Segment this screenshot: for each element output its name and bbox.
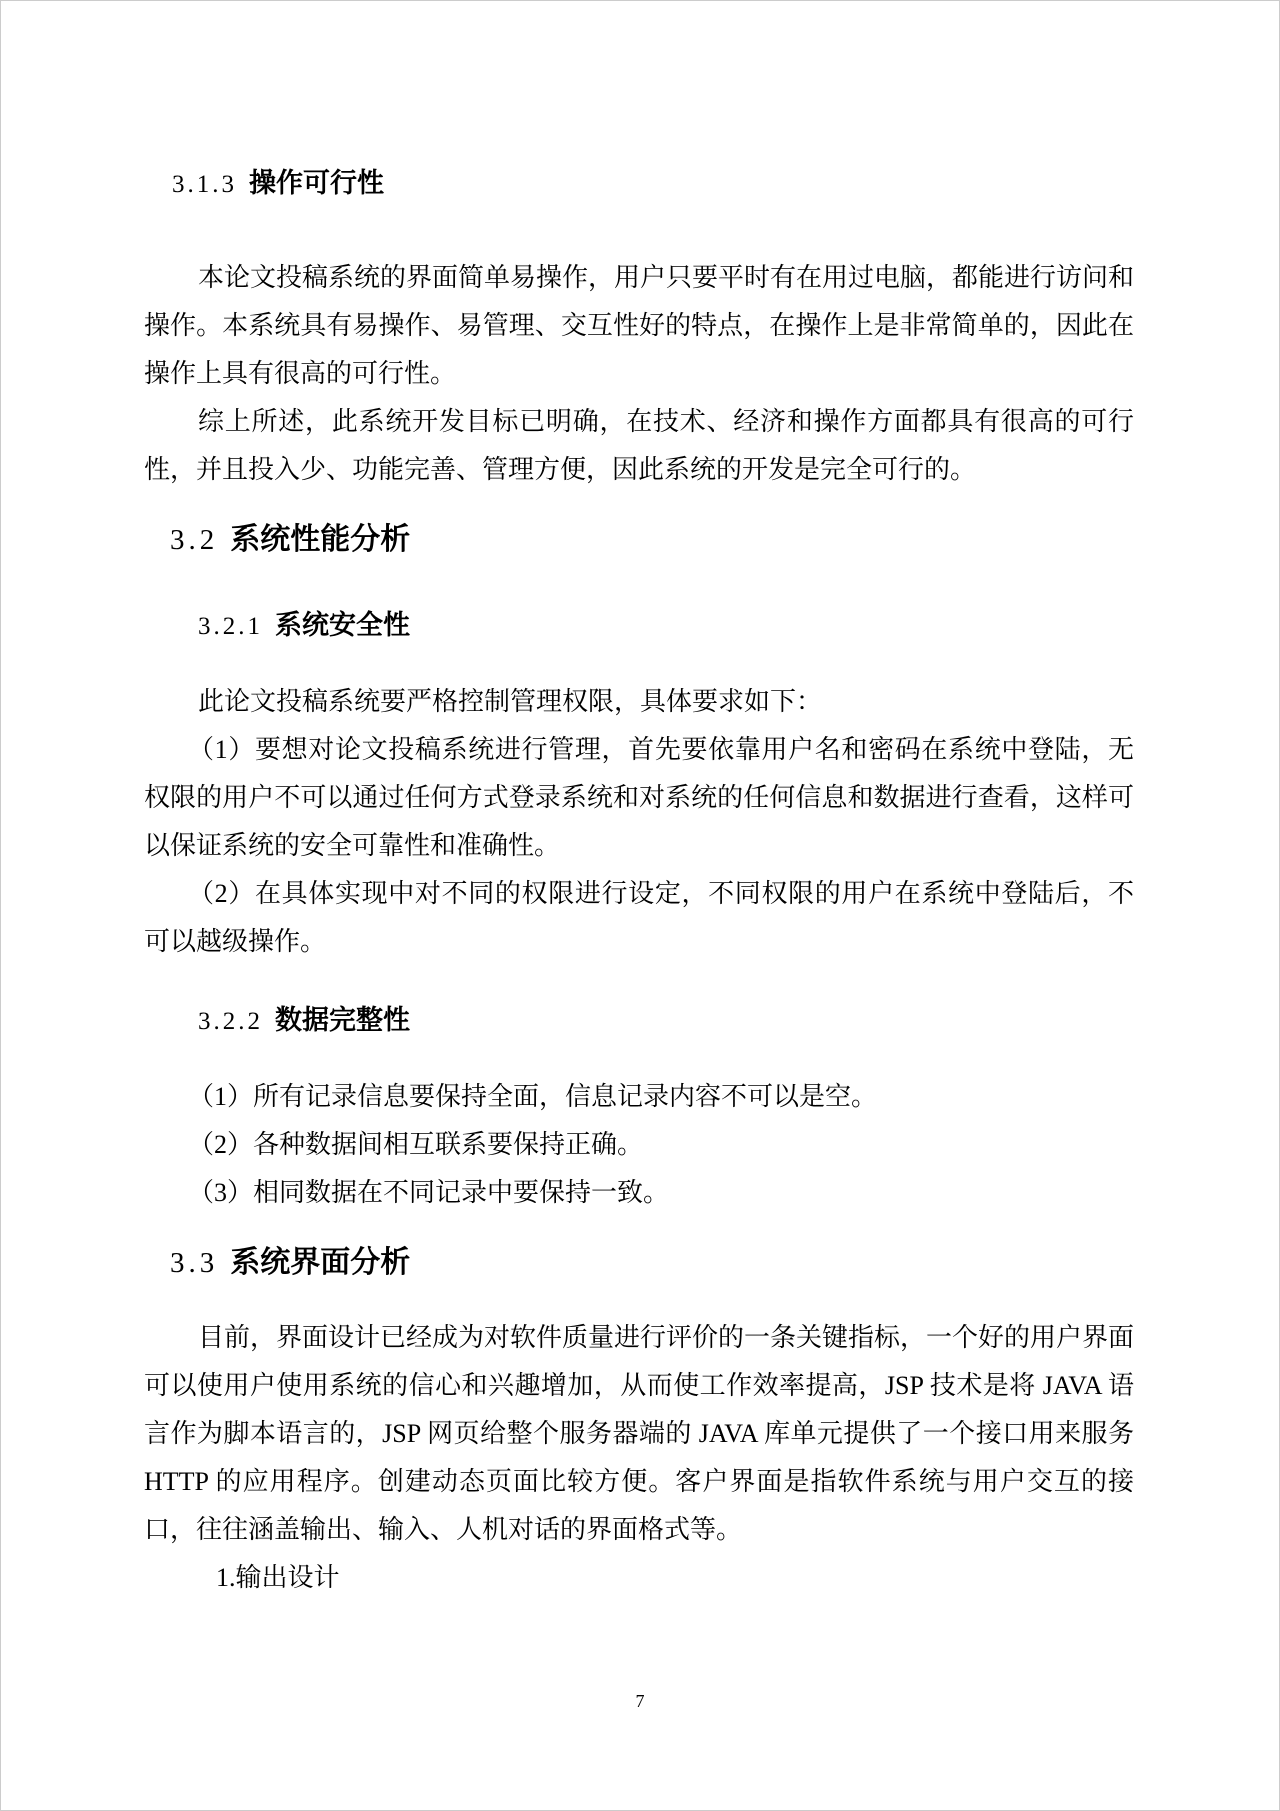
subsection-heading: 3.1.3操作可行性 <box>172 159 1134 212</box>
page-number: 7 <box>1 1689 1279 1713</box>
paragraph: 本论文投稿系统的界面简单易操作，用户只要平时有在用过电脑，都能进行访问和操作。本… <box>144 254 1134 398</box>
heading-number: 3.3 <box>170 1247 218 1279</box>
paragraph: 目前，界面设计已经成为对软件质量进行评价的一条关键指标，一个好的用户界面可以使用… <box>144 1314 1134 1554</box>
heading-title: 系统性能分析 <box>230 523 410 556</box>
list-paragraph: （1）要想对论文投稿系统进行管理，首先要依靠用户名和密码在系统中登陆，无权限的用… <box>144 726 1134 870</box>
paragraph: 此论文投稿系统要严格控制管理权限，具体要求如下： <box>144 678 1134 726</box>
subsubsection-heading: 3.2.1系统安全性 <box>198 601 1134 654</box>
document-content: 3.1.3操作可行性本论文投稿系统的界面简单易操作，用户只要平时有在用过电脑，都… <box>1 1 1279 1602</box>
section-heading: 3.3系统界面分析 <box>170 1237 1134 1294</box>
heading-number: 3.2 <box>170 524 218 556</box>
heading-number: 3.2.2 <box>198 1008 263 1035</box>
heading-number: 3.1.3 <box>172 171 237 198</box>
list-paragraph: （1）所有记录信息要保持全面，信息记录内容不可以是空。 <box>144 1073 1134 1121</box>
list-paragraph: （3）相同数据在不同记录中要保持一致。 <box>144 1169 1134 1217</box>
heading-number: 3.2.1 <box>198 613 263 640</box>
list-label: 1.输出设计 <box>216 1554 1134 1602</box>
section-heading: 3.2系统性能分析 <box>170 514 1134 571</box>
paragraph: 综上所述，此系统开发目标已明确，在技术、经济和操作方面都具有很高的可行性，并且投… <box>144 398 1134 494</box>
subsubsection-heading: 3.2.2数据完整性 <box>198 996 1134 1049</box>
list-paragraph: （2）各种数据间相互联系要保持正确。 <box>144 1121 1134 1169</box>
document-page: 3.1.3操作可行性本论文投稿系统的界面简单易操作，用户只要平时有在用过电脑，都… <box>0 0 1280 1811</box>
heading-title: 系统安全性 <box>275 610 410 640</box>
list-paragraph: （2）在具体实现中对不同的权限进行设定，不同权限的用户在系统中登陆后，不可以越级… <box>144 870 1134 966</box>
heading-title: 系统界面分析 <box>230 1246 410 1279</box>
heading-title: 数据完整性 <box>275 1005 410 1035</box>
heading-title: 操作可行性 <box>249 168 384 198</box>
